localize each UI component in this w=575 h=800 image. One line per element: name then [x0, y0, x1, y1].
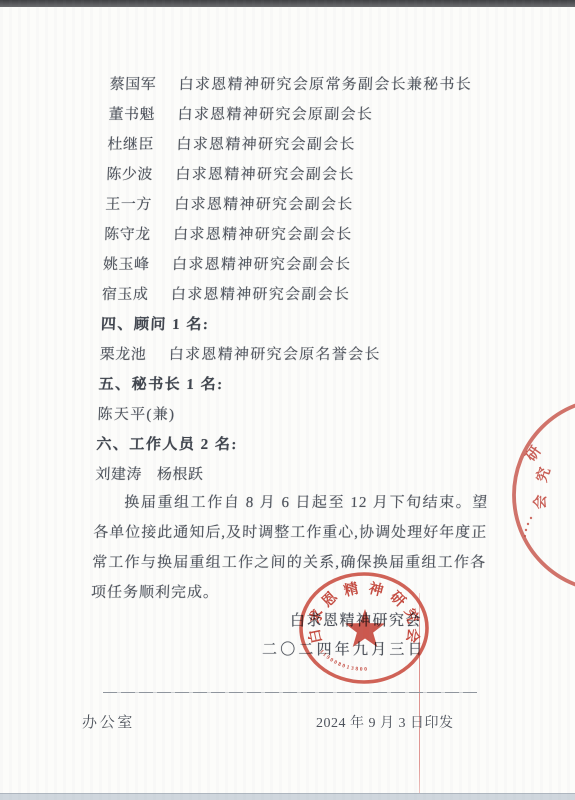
- member-title: 白求恩精神研究会副会长: [174, 193, 354, 214]
- appointment-row: 姚玉峰 白求恩精神研究会副会长: [103, 248, 575, 278]
- member-title: 白求恩精神研究会副会长: [172, 253, 352, 274]
- member-name: 陈天平(兼): [97, 403, 176, 424]
- staff-name: 杨根跃: [157, 463, 204, 484]
- seal-char: 求: [306, 607, 326, 626]
- edge-seal: 研 究 会: [498, 398, 575, 603]
- member-title: 白求恩精神研究会副会长: [176, 133, 356, 154]
- edge-seal-char: 会: [531, 494, 550, 510]
- section-heading-advisor: 四、顾问 1 名:: [100, 308, 575, 338]
- appointment-row: 王一方 白求恩精神研究会副会长: [105, 188, 575, 218]
- heading-text: 四、顾问 1 名:: [101, 313, 210, 334]
- member-name: 陈守龙: [104, 223, 151, 244]
- member-title: 白求恩精神研究会原常务副会长兼秘书长: [178, 73, 472, 94]
- appointment-row: 董书魁 白求恩精神研究会原副会长: [108, 98, 575, 128]
- seal-char: 白: [305, 627, 326, 645]
- edge-seal-code-dots: [524, 517, 532, 537]
- member-name: 陈少波: [106, 163, 153, 184]
- edge-seal-text: 研 究 会: [522, 442, 554, 509]
- heading-text: 五、秘书长 1 名:: [98, 373, 224, 394]
- member-name: 王一方: [105, 193, 152, 214]
- seal-star-icon: [345, 609, 385, 647]
- appointment-row: 陈守龙 白求恩精神研究会副会长: [104, 218, 575, 248]
- member-name: 宿玉成: [102, 283, 149, 304]
- seal-char: 精: [342, 580, 361, 600]
- official-seal: 白 求 恩 精 神 研 究 会 119008013800: [282, 556, 446, 702]
- separator-line: [103, 692, 477, 693]
- seal-char: 会: [403, 627, 424, 645]
- appointment-row: 蔡国军 白求恩精神研究会原常务副会长兼秘书长: [109, 68, 575, 98]
- advisor-row: 栗龙池 白求恩精神研究会原名誉会长: [99, 338, 575, 368]
- section-heading-secretary: 五、秘书长 1 名:: [98, 368, 575, 398]
- scan-edge-bottom: [0, 793, 575, 800]
- appointment-row: 宿玉成 白求恩精神研究会副会长: [101, 278, 575, 308]
- member-name: 杜继臣: [107, 133, 154, 154]
- heading-text: 六、工作人员 2 名:: [96, 433, 238, 454]
- member-name: 董书魁: [108, 103, 155, 124]
- member-title: 白求恩精神研究会副会长: [173, 223, 353, 244]
- member-title: 白求恩精神研究会原副会长: [177, 103, 373, 124]
- footer-issuer: 办公室: [82, 711, 135, 732]
- member-title: 白求恩精神研究会副会长: [171, 283, 351, 304]
- seal-char: 研: [387, 588, 410, 611]
- footer-print-date: 2024 年 9 月 3 日印发: [316, 712, 454, 732]
- fold-line: [419, 593, 420, 794]
- appointment-row: 陈少波 白求恩精神研究会副会长: [106, 158, 575, 188]
- appointment-row: 杜继臣 白求恩精神研究会副会长: [107, 128, 575, 158]
- staff-name: 刘建涛: [95, 463, 142, 484]
- member-name: 栗龙池: [99, 343, 146, 364]
- member-name: 姚玉峰: [103, 253, 150, 274]
- scanned-document-page: 蔡国军 白求恩精神研究会原常务副会长兼秘书长 董书魁 白求恩精神研究会原副会长 …: [0, 0, 575, 800]
- member-title: 白求恩精神研究会原名誉会长: [168, 343, 381, 364]
- seal-char: 神: [367, 580, 386, 600]
- seal-char: 恩: [318, 587, 341, 610]
- edge-seal-char: 究: [532, 465, 554, 485]
- member-name: 蔡国军: [109, 73, 156, 94]
- document-body: 蔡国军 白求恩精神研究会原常务副会长兼秘书长 董书魁 白求恩精神研究会原副会长 …: [4, 0, 575, 608]
- member-title: 白求恩精神研究会副会长: [175, 163, 355, 184]
